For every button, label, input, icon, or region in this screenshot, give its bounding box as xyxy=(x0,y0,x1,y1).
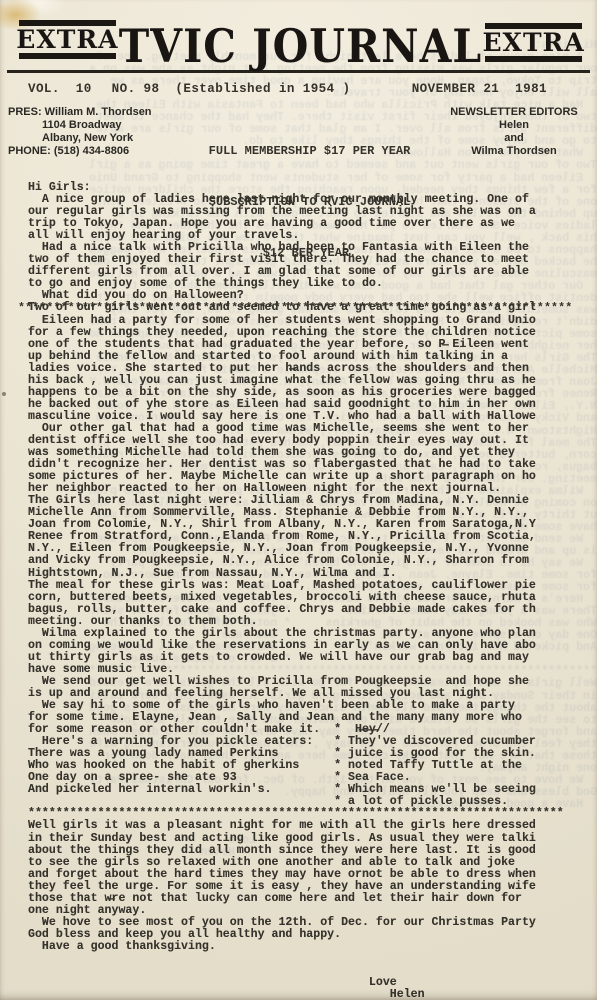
extra-right-label: EXTRA xyxy=(482,29,585,56)
editors-block: NEWSLETTER EDITORS Helen and Wilma Thord… xyxy=(435,106,597,158)
established-note: (Established in 1954 ) xyxy=(175,82,350,97)
extra-left-label: EXTRA xyxy=(16,26,119,53)
issue-line: VOL. 10 NO. 98 (Established in 1954 ) NO… xyxy=(28,82,597,97)
masthead: EXTRA TVIC JOURNAL EXTRA xyxy=(0,0,597,64)
extra-banner-left: EXTRA xyxy=(16,20,119,59)
editors-heading: NEWSLETTER EDITORS xyxy=(435,106,593,119)
newsletter-page: Hi Girls: A nice group of ladies here la… xyxy=(0,0,597,1000)
editor-name-1: Helen xyxy=(435,119,593,132)
body-text: Hi Girls: A nice group of ladies here la… xyxy=(28,182,564,1000)
volume-number: VOL. 10 xyxy=(28,82,92,97)
editors-and: and xyxy=(435,132,593,145)
issue-date: NOVEMBER 21 1981 xyxy=(412,82,547,97)
extra-banner-right: EXTRA xyxy=(482,23,585,62)
journal-title: TVIC JOURNAL xyxy=(119,24,482,69)
issue-number: NO. 98 xyxy=(112,82,160,97)
membership-line-1: FULL MEMBERSHIP $17 PER YEAR xyxy=(184,143,435,160)
president-phone: PHONE: (518) 434-8806 xyxy=(8,145,184,158)
president-address-1: 1104 Broadway xyxy=(8,119,184,132)
ink-speck xyxy=(2,392,6,396)
president-name: PRES: William M. Thordsen xyxy=(8,106,184,119)
banner-bar xyxy=(19,53,116,59)
editor-name-2: Wilma Thordsen xyxy=(435,145,593,158)
banner-bar xyxy=(485,56,582,62)
president-block: PRES: William M. Thordsen 1104 Broadway … xyxy=(0,106,184,158)
president-address-2: Albany, New York xyxy=(8,132,184,145)
